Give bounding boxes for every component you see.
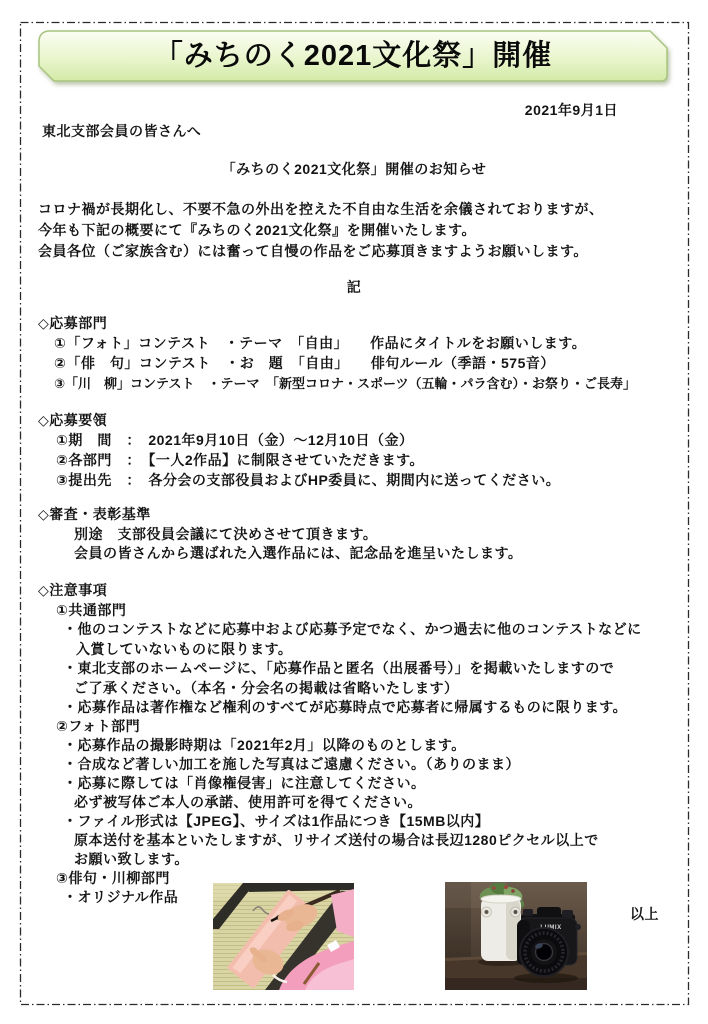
body-line: 別途 支部役員会議にて決めさせて頂きます。 <box>74 526 377 543</box>
bullet-line: ・オリジナル作品 <box>63 889 178 906</box>
list-item: ②各部門 ： 【一人2作品】に制限させていただきます。 <box>56 452 424 469</box>
addressee: 東北支部会員の皆さんへ <box>42 123 201 140</box>
bullet-line: ・他のコンテストなどに応募中および応募予定でなく、かつ過去に他のコンテストなどに <box>63 621 642 638</box>
tanzaku-writing-illustration <box>213 883 354 990</box>
subsection-title: ①共通部門 <box>56 602 126 619</box>
bullet-line: ・ファイル形式は【JPEG】、サイズは1作品につき【15MB以内】 <box>63 813 489 830</box>
intro-line: 今年も下記の概要にて『みちのく2021文化祭』を開催いたします。 <box>38 222 476 239</box>
tanzaku-writing-photo <box>213 883 354 990</box>
bullet-line: 必ず被写体ご本人の承諾、使用許可を得てください。 <box>74 794 422 811</box>
section-title-chui: ◇注意事項 <box>38 582 107 599</box>
banner-title: 「みちのく2021文化祭」開催 <box>38 30 668 82</box>
bullet-line: 入賞していないものに限ります。 <box>76 641 292 658</box>
bullet-line: ・東北支部のホームページに、「応募作品と匿名（出展番号）」を掲載いたしますので <box>63 660 614 677</box>
subsection-title: ③俳句・川柳部門 <box>56 870 170 887</box>
section-title-shinsa: ◇審査・表彰基準 <box>38 506 151 523</box>
subsection-title: ②フォト部門 <box>56 718 140 735</box>
closing-marker: 以上 <box>630 906 659 923</box>
intro-line: 会員各位（ご家族含む）には奮って自慢の作品をご応募頂きますようお願いします。 <box>38 243 588 260</box>
bullet-line: 原本送付を基本といたしますが、リサイズ送付の場合は長辺1280ピクセル以上で <box>74 832 599 849</box>
bullet-line: ・応募に際しては「肖像権侵害」に注意してください。 <box>63 775 426 792</box>
title-banner: 「みちのく2021文化祭」開催 <box>38 30 668 82</box>
list-item: ③「川 柳」コンテスト ・テーマ 「新型コロナ・スポーツ（五輪・パラ含む）・お祭… <box>54 375 636 392</box>
bullet-line: ご了承ください。（本名・分会名の掲載は省略いたします） <box>74 680 459 697</box>
record-marker: 記 <box>0 279 708 296</box>
body-line: 会員の皆さんから選ばれた入選作品には、記念品を進呈いたします。 <box>74 545 522 562</box>
section-title-yoryo: ◇応募要領 <box>38 412 107 429</box>
doc-date: 2021年9月1日 <box>0 102 618 119</box>
camera-photo: LUMIX <box>445 882 587 990</box>
bullet-line: ・応募作品の撮影時期は「2021年2月」以降のものとします。 <box>63 737 466 754</box>
camera-illustration: LUMIX <box>445 882 587 990</box>
list-item: ③提出先 ： 各分会の支部役員およびHP委員に、期間内に送ってください。 <box>56 472 560 489</box>
bullet-line: ・合成など著しい加工を施した写真はご遠慮ください。（ありのまま） <box>63 756 520 773</box>
bullet-line: ・応募作品は著作権など権利のすべてが応募時点で応募者に帰属するものに限ります。 <box>63 699 627 716</box>
bullet-line: お願い致します。 <box>74 851 189 868</box>
doc-subtitle: 「みちのく2021文化祭」開催のお知らせ <box>0 161 708 178</box>
list-item: ②「俳 句」コンテスト ・お 題 「自由」 俳句ルール（季語・575音） <box>54 355 555 372</box>
intro-line: コロナ禍が長期化し、不要不急の外出を控えた不自由な生活を余儀されておりますが、 <box>38 201 604 218</box>
list-item: ①期 間 ： 2021年9月10日（金）～12月10日（金） <box>56 432 414 449</box>
list-item: ①「フォト」コンテスト ・テーマ 「自由」 作品にタイトルをお願いします。 <box>54 335 586 352</box>
section-title-bumon: ◇応募部門 <box>38 315 107 332</box>
